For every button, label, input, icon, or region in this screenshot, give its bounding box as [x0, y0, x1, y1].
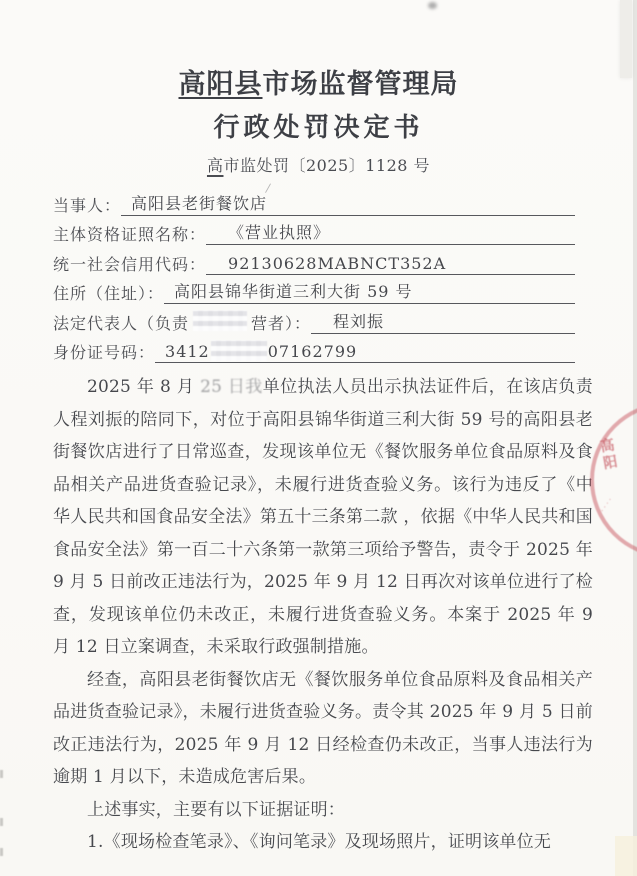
- document-title: 高阳县市场监督管理局: [0, 62, 637, 101]
- field-value-credit-code: 92130628MABNCT352A: [206, 254, 575, 275]
- party-info-fields: 当事人： 高阳县老街餐饮店 主体资格证照名称： 《营业执照》 统一社会信用代码：…: [53, 186, 575, 363]
- field-label-legal-rep: 法定代表人（负责营者）：: [53, 311, 311, 334]
- field-value-legal-rep: 程刘振: [311, 309, 575, 334]
- title-agency-underlined: 高阳县: [179, 69, 263, 100]
- document-header: 高阳县市场监督管理局 行政处罚决定书 高市监处罚〔2025〕1128 号: [0, 0, 637, 176]
- redaction-box: [211, 340, 267, 361]
- paragraph-evidence-item-1: 1.《现场检查笔录》、《询问笔录》及现场照片，证明该单位无: [53, 826, 593, 859]
- document-body: 2025 年 8 月 25 日我单位执法人员出示执法证件后，在该店负责人程刘振的…: [53, 371, 593, 859]
- field-label-credit-code: 统一社会信用代码：: [53, 252, 206, 275]
- credit-code-text: 92130628MABNCT352A: [228, 254, 446, 273]
- field-row-license-name: 主体资格证照名称： 《营业执照》: [53, 216, 575, 246]
- field-value-address: 高阳县锦华街道三利大街 59 号: [164, 279, 575, 304]
- field-label-party: 当事人：: [53, 193, 121, 216]
- legal-rep-label-post: 营者）：: [251, 314, 311, 333]
- field-row-address: 住所（住址）： 高阳县锦华街道三利大街 59 号: [53, 275, 575, 305]
- field-label-license-name: 主体资格证照名称：: [53, 222, 206, 245]
- legal-rep-name-text: 程刘振: [333, 312, 384, 331]
- doc-number-underlined: 高: [207, 156, 224, 175]
- paragraph-inspection-facts: 2025 年 8 月 25 日我单位执法人员出示执法证件后，在该店负责人程刘振的…: [53, 371, 593, 664]
- redaction-box: [193, 310, 247, 331]
- paragraph-findings: 经查，高阳县老街餐饮店无《餐饮服务单位食品原料及食品相关产品进货查验记录》，未履…: [53, 664, 593, 794]
- scan-corner-artifact: [615, 836, 637, 876]
- smudged-date-text: 25 日我: [200, 377, 263, 397]
- party-name-text: 高阳县老街餐饮店: [131, 194, 267, 213]
- field-value-id-number: 341207162799: [155, 340, 575, 363]
- scan-edge-mark: [0, 818, 3, 826]
- legal-rep-label-pre: 法定代表人（负责: [53, 314, 189, 333]
- scanned-document-page: / 高阳县市场监督管理局 行政处罚决定书 高市监处罚〔2025〕1128 号 当…: [0, 0, 637, 876]
- field-row-credit-code: 统一社会信用代码： 92130628MABNCT352A: [53, 245, 575, 275]
- p1-main-text: 单位执法人员出示执法证件后，在该店负责人程刘振的陪同下，对位于高阳县锦华街道三利…: [53, 377, 593, 657]
- document-number: 高市监处罚〔2025〕1128 号: [0, 153, 637, 176]
- scan-edge-mark: [0, 848, 3, 856]
- field-value-party: 高阳县老街餐饮店: [121, 191, 575, 216]
- paragraph-evidence-intro: 上述事实，主要有以下证据证明：: [53, 794, 593, 827]
- license-name-text: 《营业执照》: [228, 223, 330, 242]
- id-number-post-text: 07162799: [268, 342, 357, 361]
- document-subtitle: 行政处罚决定书: [0, 107, 637, 144]
- scan-edge-artifact: [620, 0, 632, 78]
- id-number-pre-text: 3412: [165, 342, 210, 361]
- scan-edge-mark: [0, 770, 3, 778]
- field-label-id-number: 身份证号码：: [53, 340, 155, 363]
- field-value-license-name: 《营业执照》: [206, 220, 575, 245]
- red-seal-stamp: [590, 402, 637, 558]
- field-row-id-number: 身份证号码： 341207162799: [53, 334, 575, 364]
- doc-number-rest: 市监处罚〔2025〕1128 号: [223, 156, 430, 175]
- title-agency-rest: 市场监督管理局: [263, 69, 459, 100]
- field-label-address: 住所（住址）：: [53, 281, 164, 304]
- p1-date-pre: 2025 年 8 月: [87, 377, 200, 397]
- address-text: 高阳县锦华街道三利大街 59 号: [174, 282, 413, 301]
- field-row-party: 当事人： 高阳县老街餐饮店: [53, 186, 575, 216]
- field-row-legal-rep: 法定代表人（负责营者）： 程刘振: [53, 304, 575, 334]
- scan-smudge-artifact: [428, 2, 437, 9]
